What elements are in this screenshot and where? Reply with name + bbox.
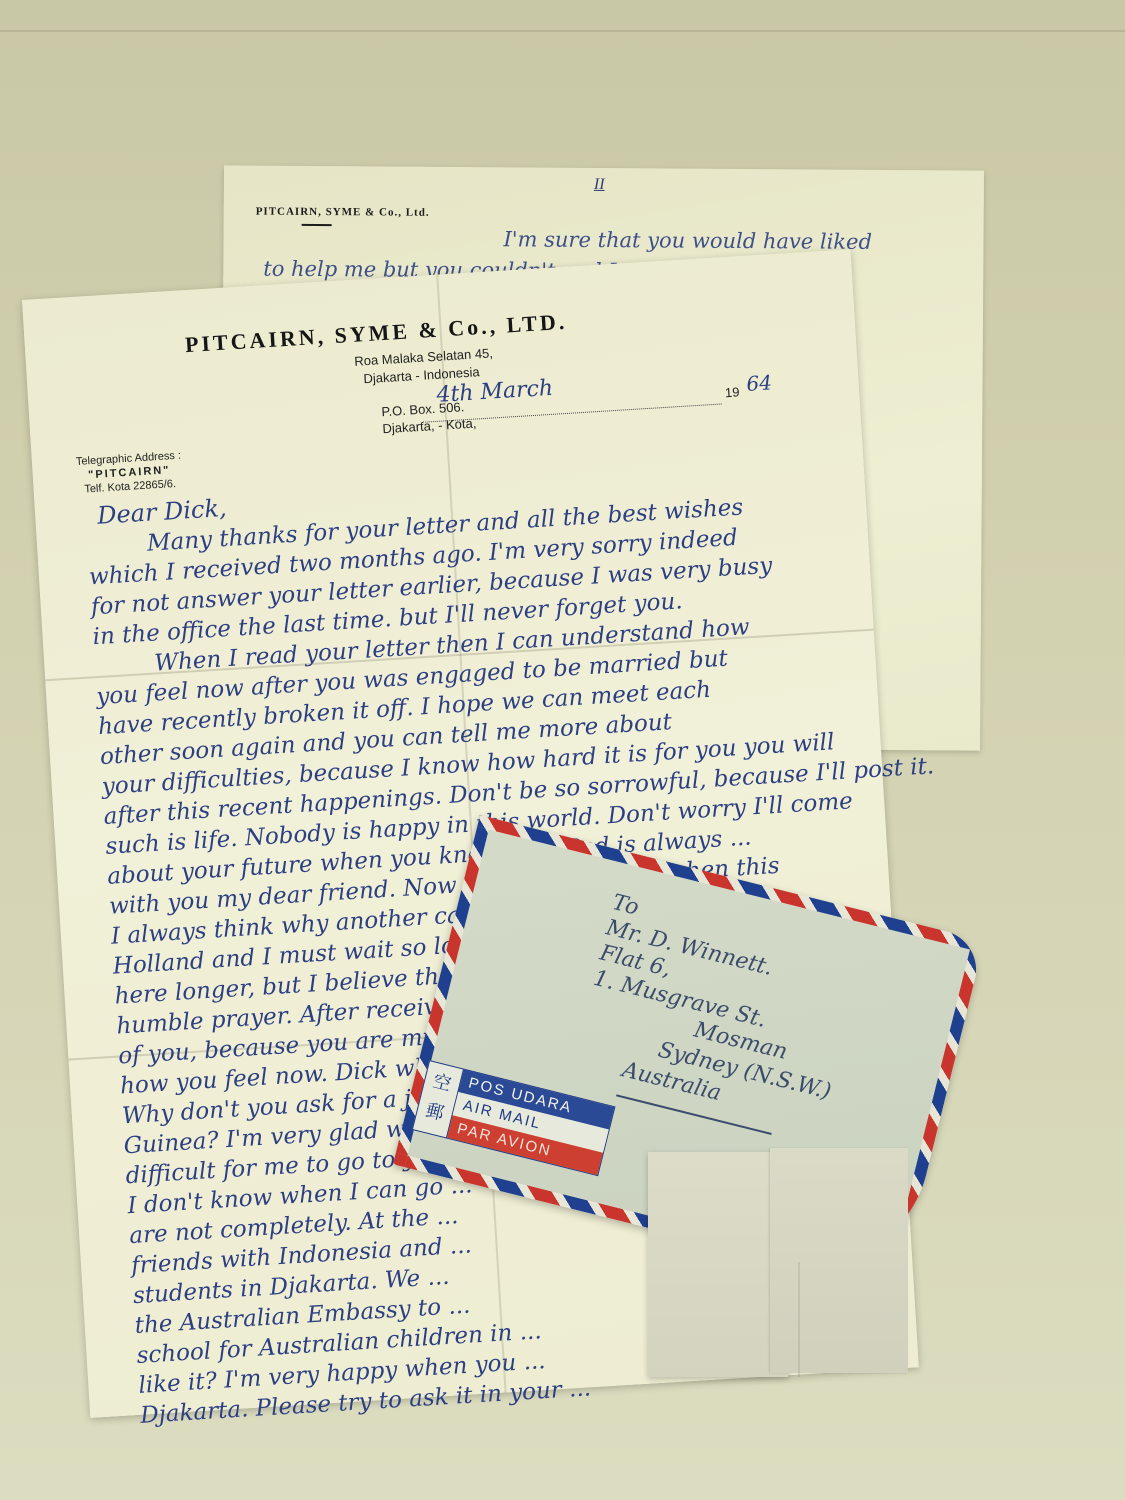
- salutation: Dear Dick,: [96, 494, 227, 530]
- page-number: II: [594, 176, 605, 194]
- airmail-label: 空郵 POS UDARA AIR MAIL PAR AVION: [412, 1060, 616, 1176]
- company-name: PITCAIRN, SYME & Co., LTD.: [184, 309, 568, 358]
- page2-handwriting: I'm sure that you would have likedto hel…: [224, 165, 984, 170]
- folded-paper-slip: [648, 1152, 788, 1377]
- year-prefix: 19: [725, 384, 740, 400]
- letterhead-rule: [302, 224, 332, 226]
- slip-flap: [770, 1148, 908, 1373]
- handwritten-line: I'm sure that you would have liked: [503, 227, 872, 254]
- slip-crease: [798, 1262, 800, 1377]
- telegraphic-address: Telegraphic Address : "PITCAIRN" Telf. K…: [76, 449, 184, 497]
- page2-letterhead: PITCAIRN, SYME & Co., Ltd.: [256, 206, 430, 219]
- year-handwritten: 64: [746, 370, 773, 396]
- backdrop-crease: [0, 30, 1125, 32]
- address-line: 1. Musgrave St.: [591, 966, 769, 1033]
